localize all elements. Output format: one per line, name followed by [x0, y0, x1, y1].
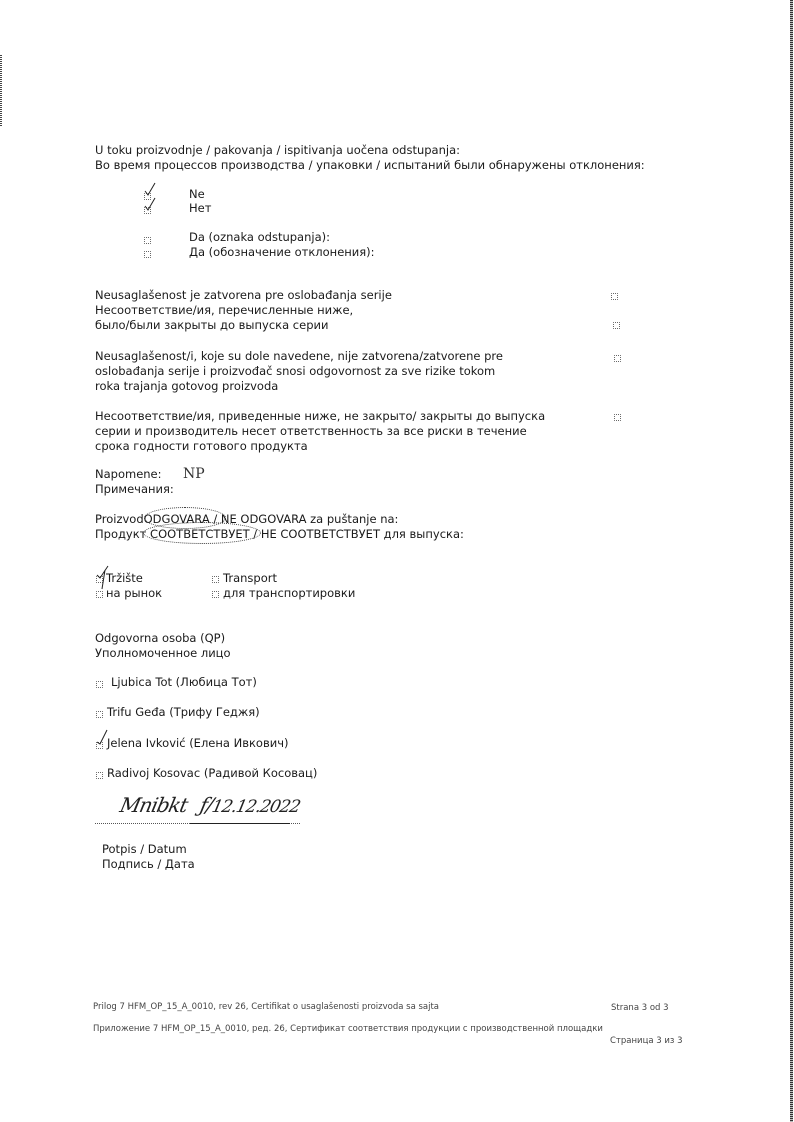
nc-closed-line2: Несоответствие/ия, перечисленные ниже, [95, 303, 353, 318]
nc-open-ru-line1: Несоответствие/ия, приведенные ниже, не … [95, 409, 545, 424]
product-prefix-ru: Продукт [95, 527, 150, 541]
handwritten-signature: Mnibkt ƒ/12.12.2022 [118, 798, 301, 815]
checkbox-da-ru[interactable] [144, 251, 151, 258]
checkbox-transport-ru[interactable] [212, 591, 219, 598]
release-transport-sr: Transport [223, 571, 277, 586]
release-market-sr: Tržište [106, 571, 143, 586]
scan-edge-left [0, 55, 2, 127]
footer-page-ru: Страница 3 из 3 [610, 1036, 683, 1047]
checkbox-transport[interactable] [212, 576, 219, 583]
footer-line-ru: Приложение 7 HFM_OP_15_A_0010, ред. 26, … [93, 1024, 603, 1035]
release-transport-ru: для транспортировки [223, 586, 355, 601]
checkbox-qp-3[interactable] [96, 742, 103, 749]
qp-heading-ru: Уполномоченное лицо [95, 646, 231, 661]
signature-label-sr: Potpis / Datum [102, 842, 187, 857]
selection-circle-ru [143, 522, 261, 544]
qp-person-2: Trifu Geđa (Трифу Геджя) [107, 705, 260, 720]
nc-open-ru-line3: срока годности готового продукта [95, 439, 308, 454]
signature-label-ru: Подпись / Дата [102, 857, 195, 872]
nc-closed-line3: было/были закрыты до выпуска серии [95, 318, 328, 333]
nc-open-ru-line2: серии и производитель несет ответственно… [95, 424, 527, 439]
checkbox-nc-open-sr[interactable] [614, 355, 621, 362]
deviations-heading-sr: U toku proizvodnje / pakovanja / ispitiv… [95, 143, 460, 158]
product-rest-ru: / НЕ СООТВЕТСТВУЕТ для выпуска: [250, 527, 464, 541]
checkbox-nc-closed-sr[interactable] [611, 293, 618, 300]
nc-open-sr-line3: roka trajanja gotovog proizvoda [95, 379, 278, 394]
nc-open-sr-line1: Neusaglašenost/i, koje su dole navedene,… [95, 349, 503, 364]
qp-person-3: Jelena Ivković (Елена Ивкович) [107, 736, 288, 751]
nc-open-sr-line2: oslobađanja serije i proizvođač snosi od… [95, 364, 495, 379]
option-da-ru: Да (обозначение отклонения): [189, 245, 375, 260]
notes-label-ru: Примечания: [95, 482, 174, 497]
checkmark-icon [143, 182, 159, 198]
footer-line-sr: Prilog 7 HFM_OP_15_A_0010, rev 26, Certi… [93, 1002, 439, 1013]
product-prefix-sr: Proizvod [95, 512, 144, 526]
signature-text: Mnibkt [118, 793, 190, 817]
checkbox-nc-closed-ru[interactable] [613, 322, 620, 329]
signature-date: 12.12.2022 [210, 797, 302, 817]
option-ne-sr: Ne [189, 187, 205, 202]
notes-handwritten-value: NP [183, 467, 205, 482]
product-line-sr: ProizvodODGOVARA / NE ODGOVARA za puštan… [95, 512, 398, 527]
checkbox-da[interactable] [144, 237, 151, 244]
qp-person-4: Radivoj Kosovac (Радивой Косовац) [107, 766, 317, 781]
checkmark-icon [143, 197, 159, 213]
scan-edge-right [790, 0, 793, 1122]
option-da-sr: Da (oznaka odstupanja): [189, 230, 330, 245]
checkbox-market-ru[interactable] [96, 591, 103, 598]
qp-person-1: Ljubica Tot (Любица Тот) [111, 675, 257, 690]
nc-closed-line1: Neusaglašenost je zatvorena pre oslobađa… [95, 288, 392, 303]
signature-line-solid [190, 823, 290, 824]
notes-label-sr: Napomene: [95, 467, 162, 482]
checkbox-qp-4[interactable] [96, 772, 103, 779]
checkbox-qp-2[interactable] [96, 711, 103, 718]
option-ne-ru: Нет [189, 201, 211, 216]
qp-heading-sr: Odgovorna osoba (QP) [95, 631, 225, 646]
footer-page-sr: Strana 3 od 3 [611, 1003, 669, 1014]
deviations-heading-ru: Во время процессов производства / упаков… [95, 158, 645, 173]
release-market-ru: на рынок [106, 586, 162, 601]
checkbox-qp-1[interactable] [96, 681, 103, 688]
checkbox-nc-open-ru[interactable] [614, 414, 621, 421]
